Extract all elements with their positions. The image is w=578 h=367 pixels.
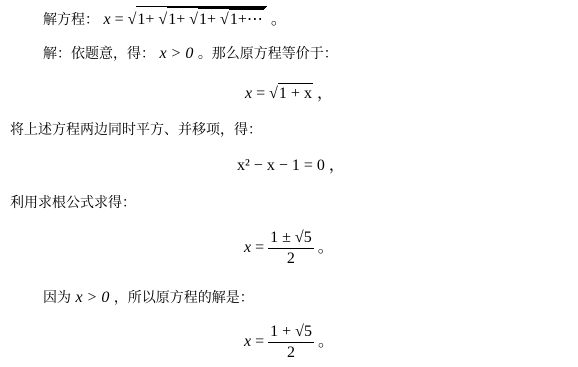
conclusion-line: 因为 x > 0 ，所以原方程的解是： — [43, 288, 254, 308]
quadratic-equation: x² − x − 1 = 0 ， — [237, 156, 345, 176]
nested-radical-equation: x = √1+ √1+ √1+ √1+⋯ 。 — [103, 11, 286, 28]
quadratic-formula-text: 利用求根公式求得： — [10, 193, 136, 213]
equivalent-equation: x = √1 + x ， — [245, 83, 333, 104]
problem-label: 解方程： — [43, 12, 99, 28]
fraction: 1 ± √5 2 — [268, 228, 314, 269]
solution-intro: 解：依题意，得： x > 0 。那么原方程等价于： — [43, 44, 338, 64]
step-square-text: 将上述方程两边同时平方、并移项，得： — [10, 120, 262, 140]
final-answer: x = 1 + √5 2 。 — [244, 322, 334, 363]
roots-formula: x = 1 ± √5 2 。 — [244, 228, 334, 269]
fraction: 1 + √5 2 — [268, 322, 314, 363]
solution-label: 解：依题意，得： — [43, 46, 155, 62]
problem-line: 解方程： x = √1+ √1+ √1+ √1+⋯ 。 — [43, 6, 287, 30]
condition-x-positive: x > 0 — [159, 45, 193, 62]
